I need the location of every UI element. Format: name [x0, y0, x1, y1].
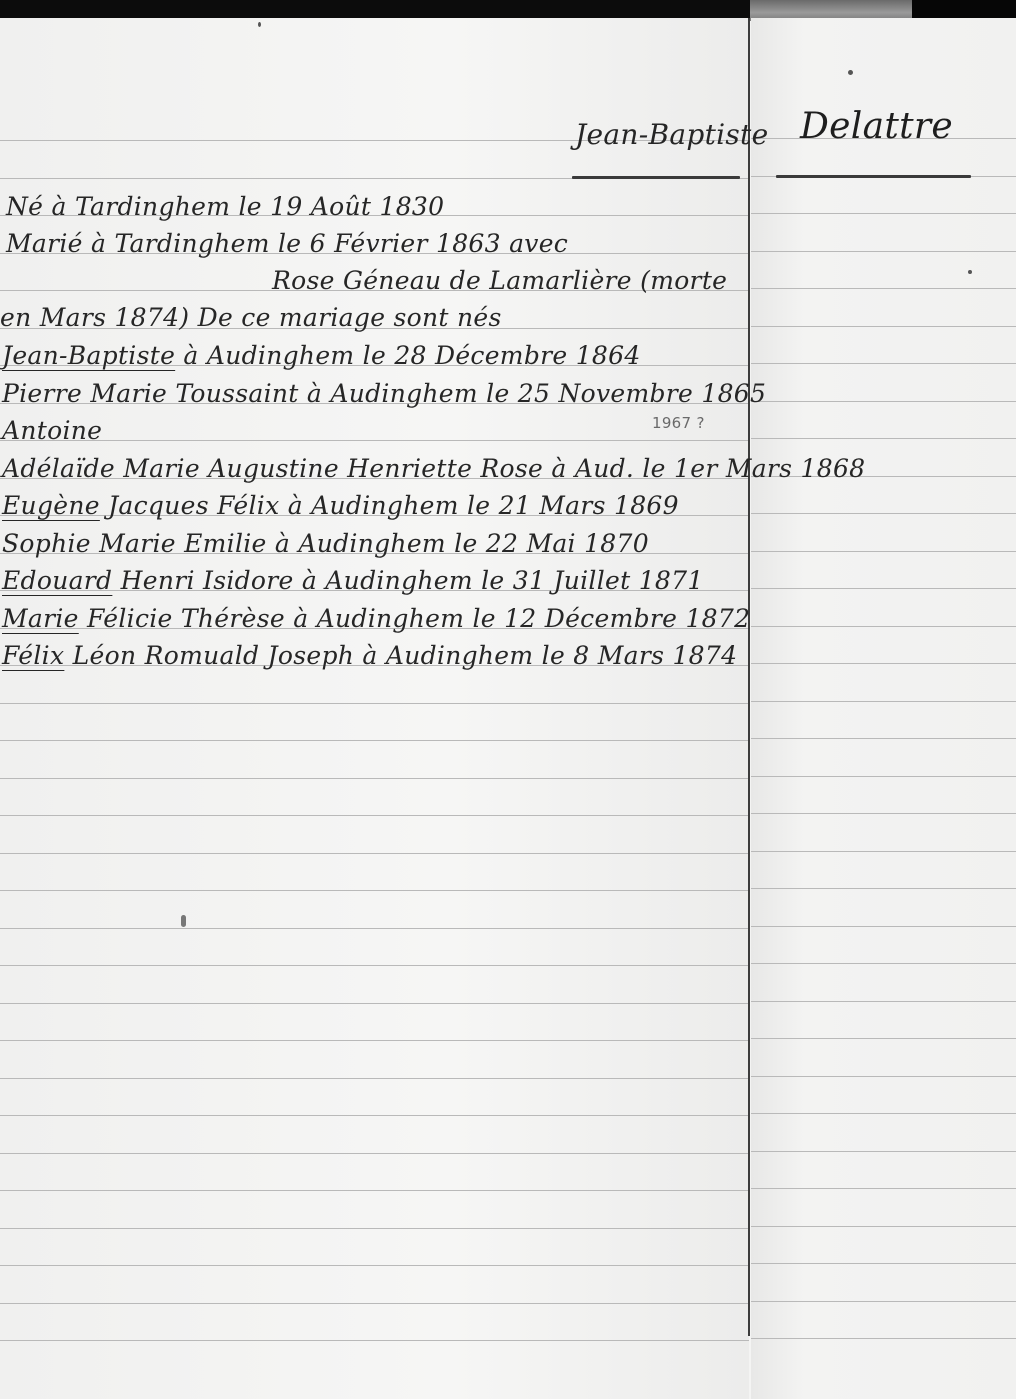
ruled-line	[751, 626, 1016, 627]
child-birth-details: Jacques Félix à Audinghem le 21 Mars 186…	[100, 491, 679, 520]
child-name: Sophie Marie Emilie	[2, 529, 267, 558]
ink-spot	[968, 270, 972, 274]
ruled-line	[0, 1303, 749, 1304]
ruled-line	[0, 853, 749, 854]
ruled-line	[751, 1076, 1016, 1077]
child-entry: Edouard Henri Isidore à Audinghem le 31 …	[2, 566, 704, 595]
child-entry: Adélaïde Marie Augustine Henriette Rose …	[2, 454, 865, 483]
child-name: Adélaïde Marie Augustine Henriette Rose	[2, 454, 543, 483]
child-name: Eugène	[2, 491, 100, 520]
child-name: Marie	[2, 604, 79, 633]
header-given-names: Jean-Baptiste	[575, 118, 768, 151]
child-entry: Eugène Jacques Félix à Audinghem le 21 M…	[2, 491, 679, 520]
ruled-line	[0, 740, 749, 741]
child-birth-details: Henri Isidore à Audinghem le 31 Juillet …	[112, 566, 703, 595]
header-rule-left	[572, 176, 740, 179]
ruled-line	[0, 815, 749, 816]
ruled-line	[751, 963, 1016, 964]
ink-smudge	[181, 915, 186, 927]
book-gutter-fold	[748, 18, 750, 1336]
ruled-line	[751, 813, 1016, 814]
ruled-line	[751, 401, 1016, 402]
ruled-line	[751, 213, 1016, 214]
ruled-line	[751, 363, 1016, 364]
ruled-line	[0, 890, 749, 891]
ruled-line	[751, 1151, 1016, 1152]
child-birth-details: Léon Romuald Joseph à Audinghem le 8 Mar…	[64, 641, 737, 670]
ruled-line	[0, 778, 749, 779]
ruled-line	[751, 1001, 1016, 1002]
child-name: Félix	[2, 641, 64, 670]
ruled-line	[751, 1301, 1016, 1302]
ruled-line	[0, 1115, 749, 1116]
ink-spot	[258, 22, 261, 27]
ruled-line	[0, 1228, 749, 1229]
ruled-line	[751, 1038, 1016, 1039]
ruled-line	[0, 928, 749, 929]
scan-top-edge-left	[0, 0, 750, 18]
ruled-line	[751, 438, 1016, 439]
ruled-line	[751, 1338, 1016, 1339]
ruled-line	[751, 288, 1016, 289]
ruled-line	[0, 1040, 749, 1041]
header-surname: Delattre	[800, 106, 953, 147]
child-birth-details: Félicie Thérèse à Audinghem le 12 Décemb…	[79, 604, 751, 633]
ruled-line	[0, 1003, 749, 1004]
pencil-note: 1967 ?	[652, 414, 705, 432]
ruled-line	[0, 1340, 749, 1341]
child-entry: Sophie Marie Emilie à Audinghem le 22 Ma…	[2, 529, 649, 558]
ruled-line	[0, 965, 749, 966]
child-entry: Félix Léon Romuald Joseph à Audinghem le…	[2, 641, 737, 670]
ruled-line	[751, 513, 1016, 514]
ruled-line	[0, 1153, 749, 1154]
ruled-line	[751, 326, 1016, 327]
ruled-line	[751, 663, 1016, 664]
marriage-entry: Marié à Tardinghem le 6 Février 1863 ave…	[6, 229, 568, 258]
birth-entry: Né à Tardinghem le 19 Août 1830	[6, 192, 444, 221]
child-birth-details: à Audinghem le 25 Novembre 1865	[299, 379, 767, 408]
child-name: Pierre Marie Toussaint	[2, 379, 299, 408]
ruled-line	[751, 701, 1016, 702]
spouse-death-entry: en Mars 1874) De ce mariage sont nés	[0, 303, 502, 332]
child-birth-details: à Aud. le 1er Mars 1868	[543, 454, 865, 483]
child-entry: Pierre Marie Toussaint à Audinghem le 25…	[2, 379, 766, 408]
ruled-line	[751, 251, 1016, 252]
ruled-line	[751, 888, 1016, 889]
ruled-line	[751, 776, 1016, 777]
ruled-line	[751, 1113, 1016, 1114]
ruled-line	[0, 703, 749, 704]
child-name: Jean-Baptiste	[2, 341, 175, 370]
ink-spot	[848, 70, 853, 75]
ruled-line	[0, 1265, 749, 1266]
child-entry: Marie Félicie Thérèse à Audinghem le 12 …	[2, 604, 750, 633]
ruled-line	[751, 1188, 1016, 1189]
right-page	[751, 18, 1016, 1399]
ruled-line	[751, 551, 1016, 552]
ruled-line	[751, 851, 1016, 852]
ruled-line	[751, 1226, 1016, 1227]
ruled-line	[751, 588, 1016, 589]
ruled-line	[0, 1190, 749, 1191]
child-birth-details: à Audinghem le 22 Mai 1870	[267, 529, 649, 558]
child-birth-details: à Audinghem le 28 Décembre 1864	[175, 341, 640, 370]
scan-top-edge-right	[912, 0, 1016, 20]
ruled-line	[0, 1078, 749, 1079]
child-entry: Jean-Baptiste à Audinghem le 28 Décembre…	[2, 341, 641, 370]
ruled-line	[0, 440, 749, 441]
child-entry: Antoine	[2, 416, 102, 445]
header-rule-right	[776, 175, 971, 178]
ruled-line	[751, 738, 1016, 739]
ruled-line	[751, 926, 1016, 927]
ruled-line	[751, 1263, 1016, 1264]
child-name: Edouard	[2, 566, 112, 595]
left-page	[0, 18, 749, 1399]
spouse-entry: Rose Géneau de Lamarlière (morte	[272, 266, 727, 295]
child-name: Antoine	[2, 416, 102, 445]
